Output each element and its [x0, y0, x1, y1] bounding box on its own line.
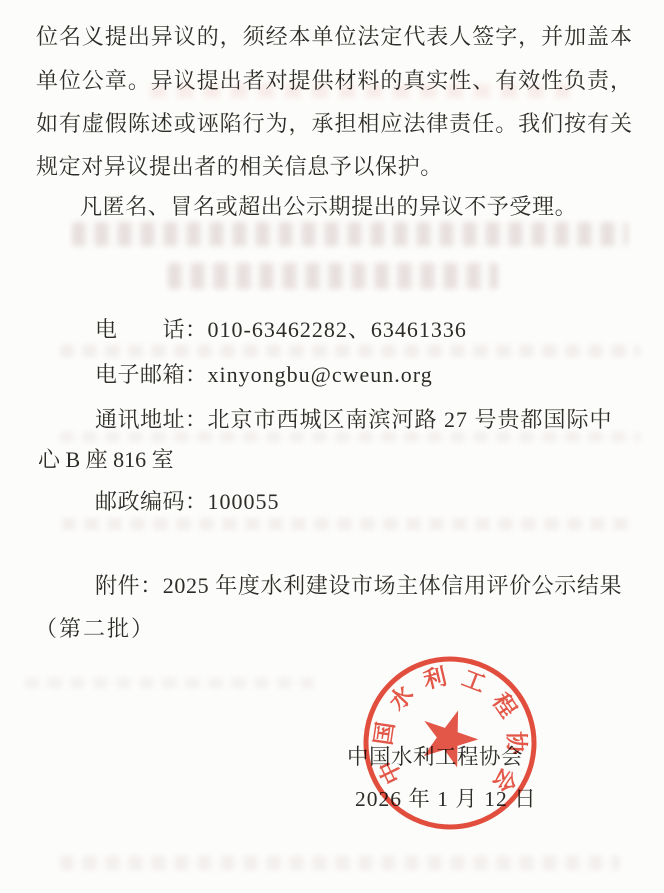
bleed-through-artifact — [25, 678, 315, 688]
paragraph-line: 单位公章。异议提出者对提供材料的真实性、有效性负责， — [36, 68, 632, 94]
contact-email-row: 电子邮箱：xinyongbu@cweun.org — [95, 362, 433, 388]
bleed-through-artifact — [60, 345, 640, 357]
contact-address-value: 北京市西城区南滨河路 27 号贵都国际中 — [208, 407, 613, 432]
seal-body: 中国水利工程协会 — [360, 653, 539, 832]
contact-address-label: 通讯地址： — [95, 407, 208, 433]
bleed-through-artifact — [168, 263, 498, 289]
attachment-line-1: 附件：2025 年度水利建设市场主体信用评价公示结果 — [95, 573, 622, 599]
bleed-through-artifact — [60, 856, 620, 870]
contact-address-row: 通讯地址：北京市西城区南滨河路 27 号贵都国际中 — [95, 407, 613, 433]
svg-text:中: 中 — [374, 756, 407, 788]
paragraph-line: 位名义提出异议的，须经本单位法定代表人签字，并加盖本 — [36, 24, 632, 50]
attachment-line-2: （第二批） — [35, 616, 155, 642]
contact-postcode-value: 100055 — [208, 489, 280, 514]
paragraph-line: 规定对异议提出者的相关信息予以保护。 — [36, 154, 443, 180]
contact-postcode-label: 邮政编码： — [95, 489, 208, 515]
contact-email-label: 电子邮箱： — [95, 362, 208, 388]
paragraph-line: 凡匿名、冒名或超出公示期提出的异议不予受理。 — [80, 194, 577, 220]
svg-text:利: 利 — [421, 663, 449, 694]
contact-postcode-row: 邮政编码：100055 — [95, 489, 280, 515]
contact-address-continuation: 心 B 座 816 室 — [38, 447, 174, 473]
contact-phone-value: 010-63462282、63461336 — [208, 317, 467, 342]
scanned-document-page: 位名义提出异议的，须经本单位法定代表人签字，并加盖本 单位公章。异议提出者对提供… — [0, 0, 664, 893]
contact-phone-label: 电 话： — [95, 317, 208, 343]
svg-text:工: 工 — [459, 666, 489, 698]
svg-text:协: 协 — [503, 731, 528, 755]
contact-phone-row: 电 话：010-63462282、63461336 — [95, 317, 467, 343]
bleed-through-artifact — [62, 518, 632, 530]
contact-email-value: xinyongbu@cweun.org — [208, 362, 433, 387]
paragraph-line: 如有虚假陈述或诬陷行为，承担相应法律责任。我们按有关 — [36, 111, 632, 137]
seal-star-icon — [421, 708, 480, 769]
bleed-through-artifact — [72, 222, 628, 246]
svg-text:国: 国 — [371, 720, 399, 746]
bleed-through-artifact — [60, 432, 640, 442]
official-seal: 中国水利工程协会 — [350, 643, 550, 843]
